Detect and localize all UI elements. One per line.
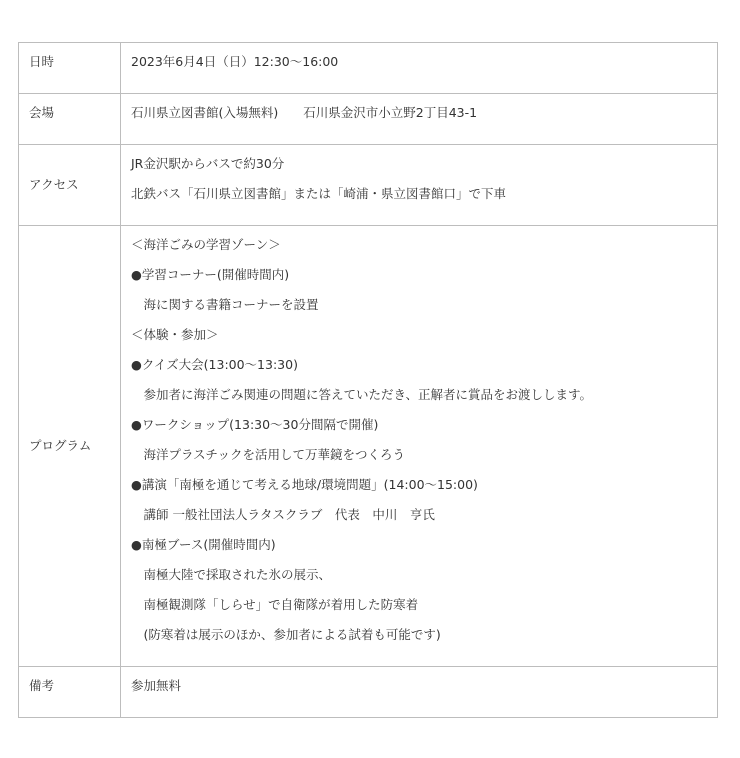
label-cell: 会場 [19, 94, 121, 145]
label-cell: 備考 [19, 667, 121, 718]
venue-text: 石川県立図書館(入場無料) 石川県金沢市小立野2丁目43-1 [131, 105, 707, 135]
row-program: プログラム ＜海洋ごみの学習ゾーン＞ ●学習コーナー(開催時間内) 海に関する書… [19, 226, 718, 667]
program-item-detail: 海に関する書籍コーナーを設置 [131, 297, 707, 327]
value-cell: ＜海洋ごみの学習ゾーン＞ ●学習コーナー(開催時間内) 海に関する書籍コーナーを… [121, 226, 718, 667]
value-cell: 参加無料 [121, 667, 718, 718]
label-access: アクセス [19, 166, 120, 204]
row-access: アクセス JR金沢駅からバスで約30分 北鉄バス「石川県立図書館」または「崎浦・… [19, 145, 718, 226]
value-cell: 石川県立図書館(入場無料) 石川県金沢市小立野2丁目43-1 [121, 94, 718, 145]
program-item: ●ワークショップ(13:30～30分間隔で開催) [131, 417, 707, 447]
label-venue: 会場 [19, 94, 120, 132]
event-info-table: 日時 2023年6月4日（日）12:30～16:00 会場 石川県立図書館(入場… [18, 42, 718, 718]
row-datetime: 日時 2023年6月4日（日）12:30～16:00 [19, 43, 718, 94]
notes-text: 参加無料 [131, 678, 707, 708]
program-item: ●講演「南極を通じて考える地球/環境問題」(14:00～15:00) [131, 477, 707, 507]
access-line: 北鉄バス「石川県立図書館」または「崎浦・県立図書館口」で下車 [131, 186, 707, 216]
value-cell: JR金沢駅からバスで約30分 北鉄バス「石川県立図書館」または「崎浦・県立図書館… [121, 145, 718, 226]
label-cell: プログラム [19, 226, 121, 667]
label-cell: 日時 [19, 43, 121, 94]
program-item-detail: 南極大陸で採取された氷の展示、 [131, 567, 707, 597]
program-item: ●学習コーナー(開催時間内) [131, 267, 707, 297]
program-item-detail: 海洋プラスチックを活用して万華鏡をつくろう [131, 447, 707, 477]
datetime-text: 2023年6月4日（日）12:30～16:00 [131, 54, 707, 84]
program-item-detail: 参加者に海洋ごみ関連の問題に答えていただき、正解者に賞品をお渡しします。 [131, 387, 707, 417]
program-item-detail: (防寒着は展示のほか、参加者による試着も可能です) [131, 627, 707, 657]
program-section-heading: ＜体験・参加＞ [131, 327, 707, 357]
program-section-heading: ＜海洋ごみの学習ゾーン＞ [131, 237, 707, 267]
label-notes: 備考 [19, 667, 120, 705]
value-cell: 2023年6月4日（日）12:30～16:00 [121, 43, 718, 94]
program-item: ●南極ブース(開催時間内) [131, 537, 707, 567]
program-item: ●クイズ大会(13:00～13:30) [131, 357, 707, 387]
label-program: プログラム [19, 427, 120, 465]
row-venue: 会場 石川県立図書館(入場無料) 石川県金沢市小立野2丁目43-1 [19, 94, 718, 145]
access-line: JR金沢駅からバスで約30分 [131, 156, 707, 186]
label-cell: アクセス [19, 145, 121, 226]
program-item-detail: 南極観測隊「しらせ」で自衛隊が着用した防寒着 [131, 597, 707, 627]
program-item-detail: 講師 一般社団法人ラタスクラブ 代表 中川 亨氏 [131, 507, 707, 537]
label-datetime: 日時 [19, 43, 120, 81]
row-notes: 備考 参加無料 [19, 667, 718, 718]
